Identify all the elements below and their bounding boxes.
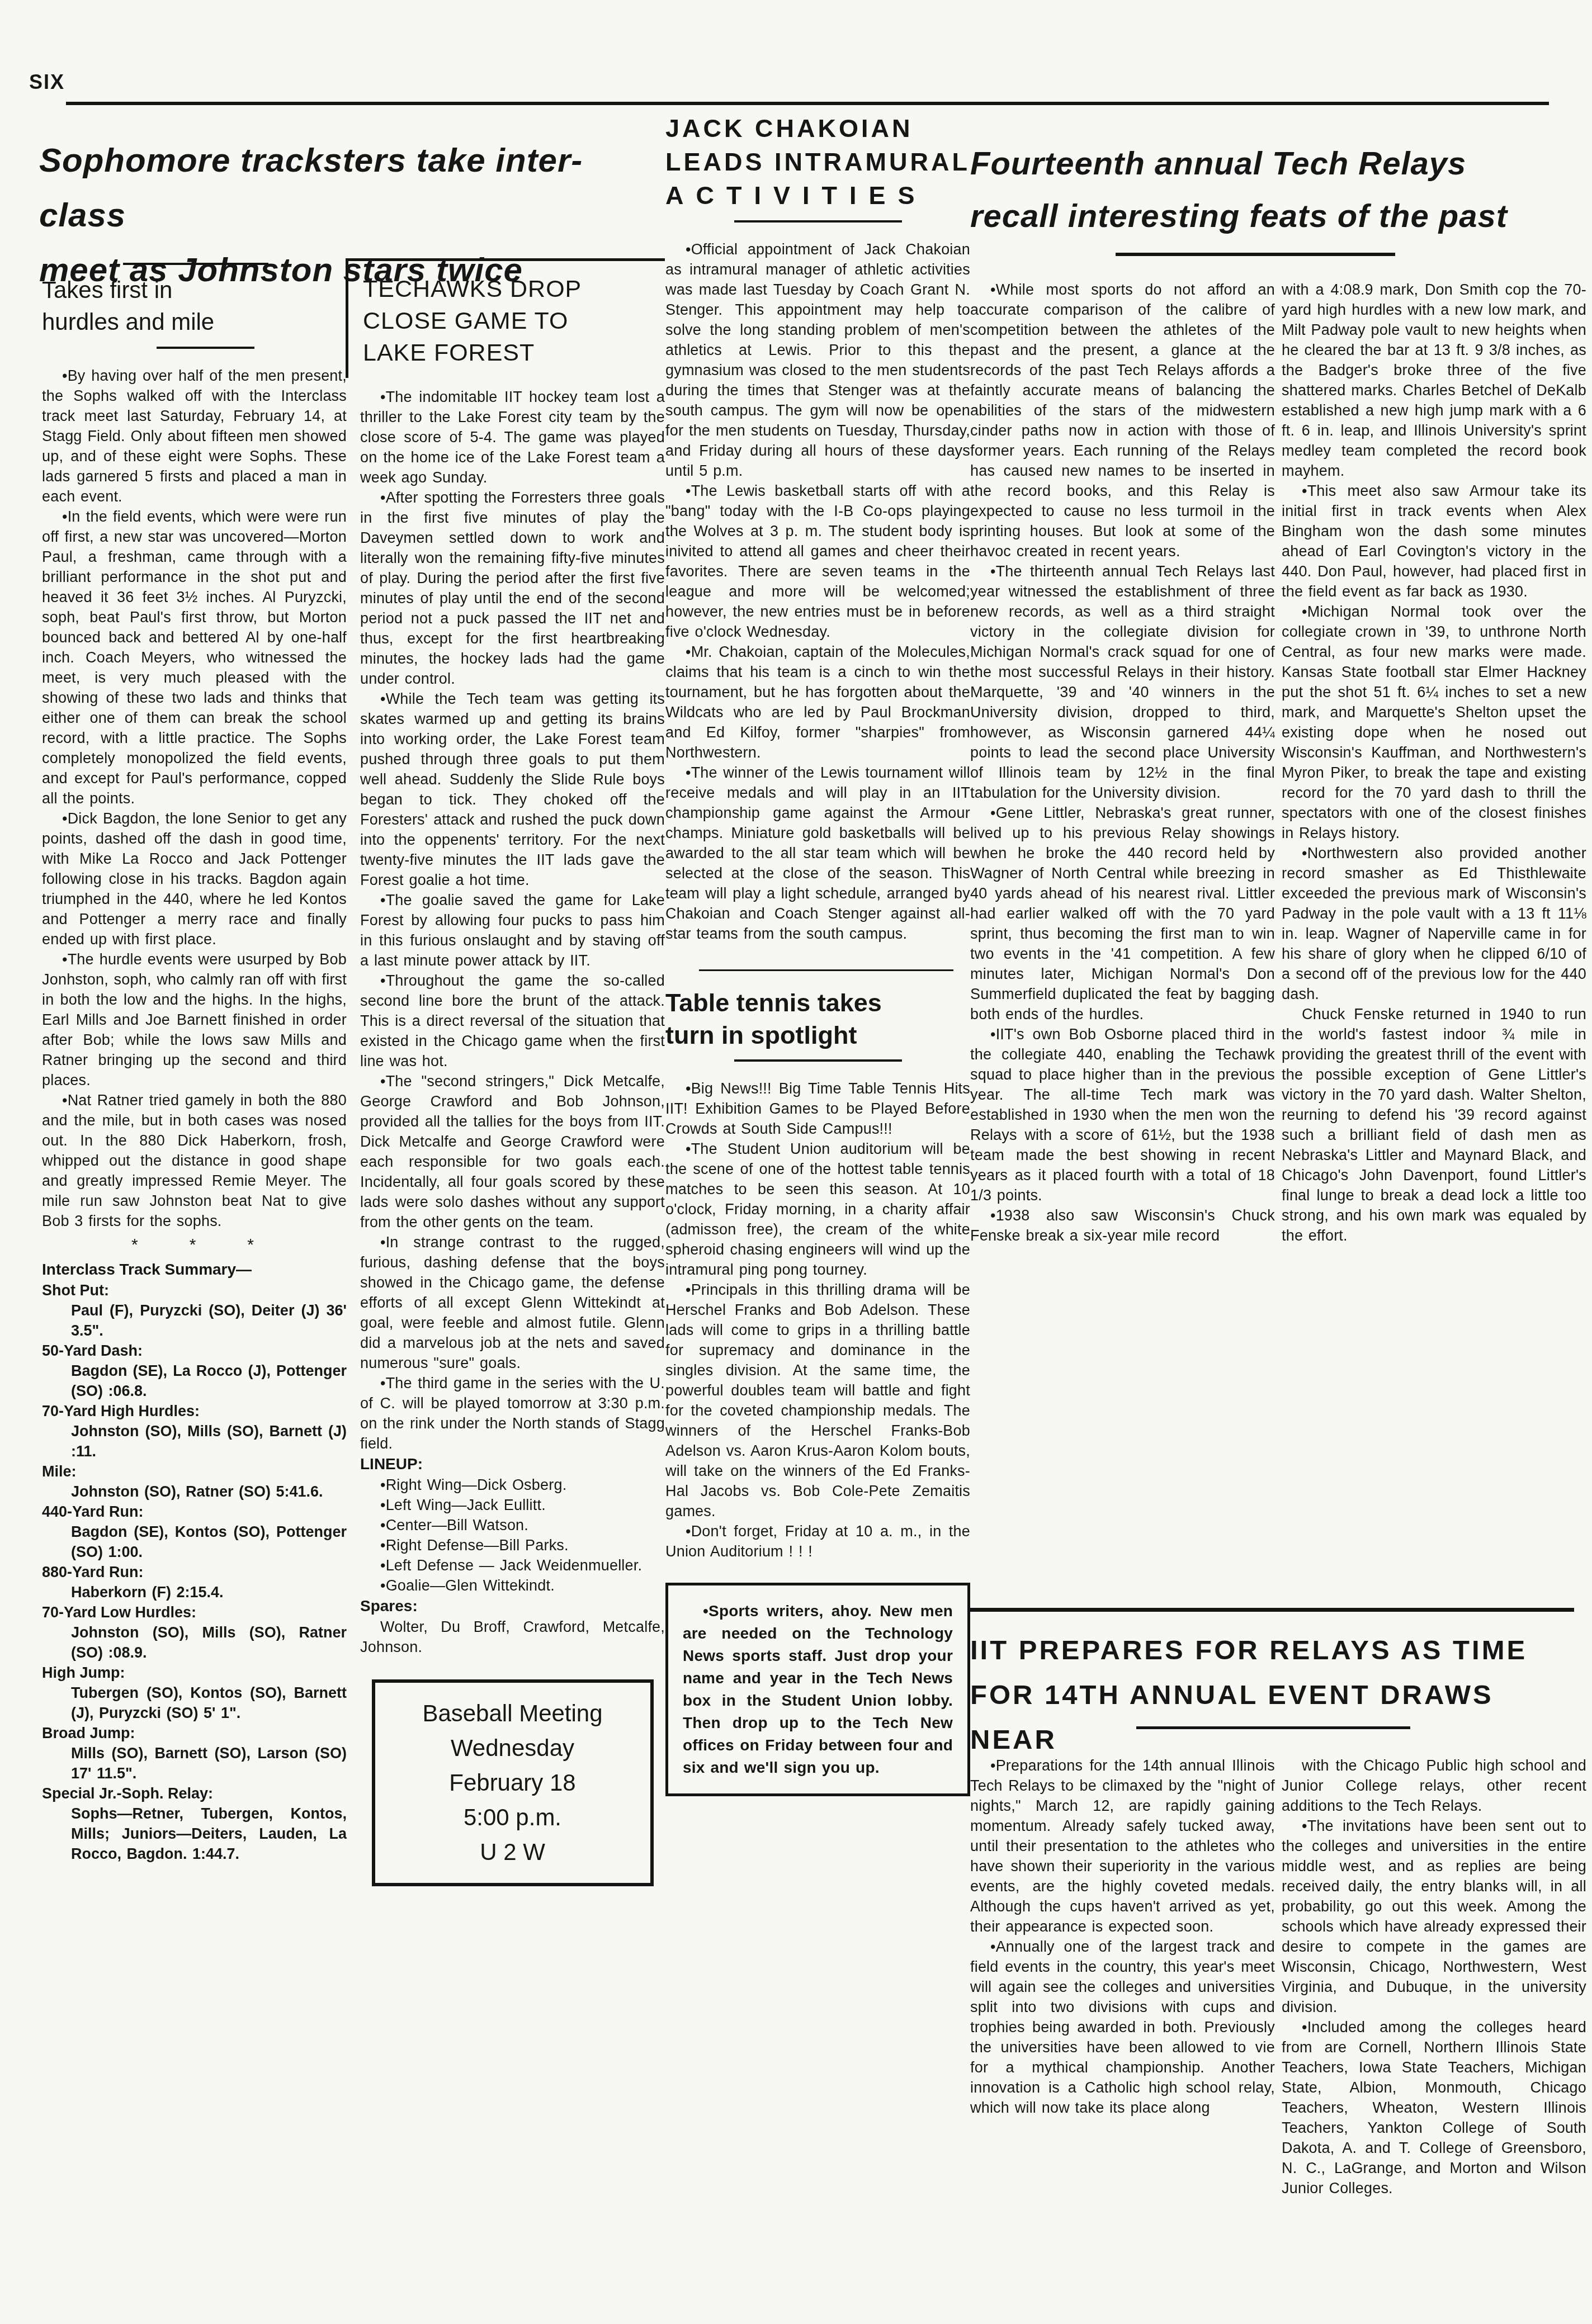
prepare-headline-line1: IIT PREPARES FOR RELAYS AS TIME <box>970 1628 1577 1673</box>
meeting-box-line: February 18 <box>379 1766 647 1800</box>
summary-result: Johnston (SO), Mills (SO), Ratner (SO) :… <box>42 1622 347 1663</box>
paragraph: •Michigan Normal took over the collegiat… <box>1282 602 1586 843</box>
top-rule <box>66 102 1549 105</box>
paragraph: •Principals in this thrilling drama will… <box>665 1280 970 1521</box>
summary-event: 70-Yard Low Hurdles: <box>42 1602 347 1622</box>
summary-entry: Broad Jump:Mills (SO), Barnett (SO), Lar… <box>42 1723 347 1783</box>
summary-entry: Shot Put:Paul (F), Puryzcki (SO), Deiter… <box>42 1280 347 1341</box>
paragraph: •The Lewis basketball starts off with a … <box>665 481 970 642</box>
paragraph: •Northwestern also provided another reco… <box>1282 843 1586 1004</box>
paragraph: •While most sports do not afford an accu… <box>970 280 1275 561</box>
lineup-entry: •Left Defense — Jack Weidenmueller. <box>360 1555 665 1575</box>
lead-article-body: •By having over half of the men present,… <box>42 366 347 1231</box>
summary-result: Paul (F), Puryzcki (SO), Deiter (J) 36' … <box>42 1300 347 1341</box>
intramural-article-body: •Official appointment of Jack Chakoian a… <box>665 239 970 944</box>
lead-headline-line1: Sophomore tracksters take inter-class <box>39 133 660 243</box>
lineup-title: LINEUP: <box>360 1454 665 1475</box>
column-prepare-left: •Preparations for the 14th annual Illino… <box>970 1755 1275 2118</box>
prepare-headline-rule <box>1136 1726 1410 1729</box>
summary-result: Mills (SO), Barnett (SO), Larson (SO) 17… <box>42 1743 347 1783</box>
paragraph: •The thirteenth annual Tech Relays last … <box>970 561 1275 803</box>
summary-result: Johnston (SO), Ratner (SO) 5:41.6. <box>42 1482 347 1502</box>
subhead-rule-bottom <box>157 347 254 349</box>
lineup-entry: •Goalie—Glen Wittekindt. <box>360 1575 665 1596</box>
track-summary-list: Shot Put:Paul (F), Puryzcki (SO), Deiter… <box>42 1280 347 1864</box>
lineup-list: •Right Wing—Dick Osberg.•Left Wing—Jack … <box>360 1475 665 1596</box>
prepare-left-body: •Preparations for the 14th annual Illino… <box>970 1755 1275 2118</box>
track-summary-title: Interclass Track Summary— <box>42 1259 347 1280</box>
summary-event: Broad Jump: <box>42 1723 347 1743</box>
sports-writers-text: •Sports writers, ahoy. New men are neede… <box>683 1600 953 1779</box>
paragraph: •The goalie saved the game for Lake Fore… <box>360 890 665 971</box>
paragraph: •The winner of the Lewis tournament will… <box>665 763 970 944</box>
summary-result: Bagdon (SE), La Rocco (J), Pottenger (SO… <box>42 1361 347 1401</box>
paragraph: Chuck Fenske returned in 1940 to run the… <box>1282 1004 1586 1246</box>
summary-event: 880-Yard Run: <box>42 1562 347 1582</box>
paragraph: •The "second stringers," Dick Metcalfe, … <box>360 1071 665 1232</box>
summary-event: High Jump: <box>42 1663 347 1683</box>
page-number: SIX <box>29 70 65 94</box>
paragraph: •In strange contrast to the rugged, furi… <box>360 1232 665 1373</box>
summary-entry: High Jump:Tubergen (SO), Kontos (SO), Ba… <box>42 1663 347 1723</box>
table-tennis-headline-line1: Table tennis takes <box>665 987 970 1019</box>
prepare-headline: IIT PREPARES FOR RELAYS AS TIME FOR 14TH… <box>970 1628 1577 1762</box>
table-tennis-headline: Table tennis takes turn in spotlight <box>665 987 970 1052</box>
lead-subhead-line1: Takes first in <box>42 274 347 306</box>
sports-writers-box: •Sports writers, ahoy. New men are neede… <box>665 1583 970 1796</box>
prepare-section-rule <box>970 1608 1574 1612</box>
table-tennis-headline-line2: turn in spotlight <box>665 1019 970 1052</box>
paragraph: •By having over half of the men present,… <box>42 366 347 507</box>
paragraph: •The hurdle events were usurped by Bob J… <box>42 949 347 1090</box>
summary-result: Haberkorn (F) 2:15.4. <box>42 1582 347 1602</box>
paragraph: •The invitations have been sent out to t… <box>1282 1816 1586 2017</box>
hockey-headline-line2: CLOSE GAME TO <box>363 305 665 337</box>
hockey-headline-line1: TECHAWKS DROP <box>363 273 665 305</box>
lineup-entry: •Left Wing—Jack Eullitt. <box>360 1495 665 1515</box>
paragraph: •This meet also saw Armour take its init… <box>1282 481 1586 602</box>
summary-event: Special Jr.-Soph. Relay: <box>42 1783 347 1804</box>
paragraph: •Dick Bagdon, the lone Senior to get any… <box>42 808 347 949</box>
relays-left-body: •While most sports do not afford an accu… <box>970 280 1275 1246</box>
section-separator-stars: * * * <box>42 1236 347 1255</box>
meeting-box-line: 5:00 p.m. <box>379 1800 647 1835</box>
paragraph: •Preparations for the 14th annual Illino… <box>970 1755 1275 1937</box>
intramural-headline-line2: LEADS INTRAMURAL <box>665 145 970 179</box>
paragraph: •Official appointment of Jack Chakoian a… <box>665 239 970 481</box>
summary-entry: Special Jr.-Soph. Relay:Sophs—Retner, Tu… <box>42 1783 347 1864</box>
column-track-article: Takes first in hurdles and mile •By havi… <box>42 263 347 1864</box>
column-intramural-article: JACK CHAKOIAN LEADS INTRAMURAL ACTIVITIE… <box>665 112 970 1796</box>
relays-headline-rule <box>1116 253 1395 256</box>
lead-subhead: Takes first in hurdles and mile <box>42 274 347 338</box>
hockey-article-body: •The indomitable IIT hockey team lost a … <box>360 387 665 1454</box>
paragraph: with the Chicago Public high school and … <box>1282 1755 1586 1816</box>
meeting-box-line: U 2 W <box>379 1835 647 1869</box>
prepare-headline-line2: FOR 14TH ANNUAL EVENT DRAWS NEAR <box>970 1673 1577 1762</box>
summary-event: 50-Yard Dash: <box>42 1341 347 1361</box>
hockey-headline-line3: LAKE FOREST <box>363 337 665 369</box>
baseball-meeting-box: Baseball MeetingWednesdayFebruary 185:00… <box>372 1679 654 1886</box>
summary-result: Tubergen (SO), Kontos (SO), Barnett (J),… <box>42 1683 347 1723</box>
table-tennis-article-body: •Big News!!! Big Time Table Tennis Hits … <box>665 1078 970 1561</box>
paragraph: •Gene Littler, Nebraska's great runner, … <box>970 803 1275 1024</box>
summary-event: Mile: <box>42 1461 347 1482</box>
table-tennis-headline-rule <box>734 1059 902 1062</box>
summary-entry: 440-Yard Run:Bagdon (SE), Kontos (SO), P… <box>42 1502 347 1562</box>
paragraph: •Mr. Chakoian, captain of the Molecules,… <box>665 642 970 763</box>
relays-headline: Fourteenth annual Tech Relays recall int… <box>970 138 1577 243</box>
subhead-rule-top <box>123 263 268 265</box>
column-hockey-article: TECHAWKS DROP CLOSE GAME TO LAKE FOREST … <box>360 258 665 1886</box>
paragraph: •Big News!!! Big Time Table Tennis Hits … <box>665 1078 970 1139</box>
summary-entry: Mile:Johnston (SO), Ratner (SO) 5:41.6. <box>42 1461 347 1502</box>
intramural-headline: JACK CHAKOIAN LEADS INTRAMURAL ACTIVITIE… <box>665 112 970 212</box>
paragraph: •After spotting the Forresters three goa… <box>360 487 665 689</box>
paragraph: •IIT's own Bob Osborne placed third in t… <box>970 1024 1275 1205</box>
summary-entry: 50-Yard Dash:Bagdon (SE), La Rocco (J), … <box>42 1341 347 1401</box>
spares-names: Wolter, Du Broff, Crawford, Metcalfe, Jo… <box>360 1617 665 1657</box>
paragraph: •The Student Union auditorium will be th… <box>665 1139 970 1280</box>
intramural-headline-line1: JACK CHAKOIAN <box>665 112 970 145</box>
intramural-headline-line3: ACTIVITIES <box>665 179 970 212</box>
meeting-box-line: Wednesday <box>379 1731 647 1766</box>
meeting-box-line: Baseball Meeting <box>379 1696 647 1731</box>
paragraph: •Annually one of the largest track and f… <box>970 1937 1275 2118</box>
column-relays-left: •While most sports do not afford an accu… <box>970 280 1275 1246</box>
relays-headline-line1: Fourteenth annual Tech Relays <box>970 138 1577 190</box>
relays-right-body: with a 4:08.9 mark, Don Smith cop the 70… <box>1282 280 1586 1246</box>
lineup-entry: •Right Wing—Dick Osberg. <box>360 1475 665 1495</box>
summary-event: Shot Put: <box>42 1280 347 1300</box>
summary-result: Sophs—Retner, Tubergen, Kontos, Mills; J… <box>42 1804 347 1864</box>
paragraph: •The third game in the series with the U… <box>360 1373 665 1454</box>
paragraph: •The indomitable IIT hockey team lost a … <box>360 387 665 487</box>
summary-result: Bagdon (SE), Kontos (SO), Pottenger (SO)… <box>42 1522 347 1562</box>
lead-subhead-line2: hurdles and mile <box>42 306 347 338</box>
summary-entry: 70-Yard High Hurdles:Johnston (SO), Mill… <box>42 1401 347 1461</box>
summary-entry: 70-Yard Low Hurdles:Johnston (SO), Mills… <box>42 1602 347 1663</box>
hockey-headline: TECHAWKS DROP CLOSE GAME TO LAKE FOREST <box>346 258 665 378</box>
summary-result: Johnston (SO), Mills (SO), Barnett (J) :… <box>42 1421 347 1461</box>
relays-headline-line2: recall interesting feats of the past <box>970 190 1577 243</box>
lineup-entry: •Center—Bill Watson. <box>360 1515 665 1535</box>
paragraph: •Nat Ratner tried gamely in both the 880… <box>42 1090 347 1231</box>
spares-title: Spares: <box>360 1596 665 1617</box>
lineup-entry: •Right Defense—Bill Parks. <box>360 1535 665 1555</box>
paragraph: •1938 also saw Wisconsin's Chuck Fenske … <box>970 1205 1275 1246</box>
summary-event: 70-Yard High Hurdles: <box>42 1401 347 1421</box>
column-prepare-right: with the Chicago Public high school and … <box>1282 1755 1586 2198</box>
prepare-right-body: with the Chicago Public high school and … <box>1282 1755 1586 2198</box>
table-tennis-top-rule <box>699 969 953 971</box>
paragraph: •Don't forget, Friday at 10 a. m., in th… <box>665 1521 970 1561</box>
paragraph: •Included among the colleges heard from … <box>1282 2017 1586 2198</box>
summary-entry: 880-Yard Run:Haberkorn (F) 2:15.4. <box>42 1562 347 1602</box>
column-relays-right: with a 4:08.9 mark, Don Smith cop the 70… <box>1282 280 1586 1246</box>
paragraph: •While the Tech team was getting its ska… <box>360 689 665 890</box>
intramural-headline-rule <box>734 220 902 223</box>
paragraph: •In the field events, which were were ru… <box>42 507 347 808</box>
summary-event: 440-Yard Run: <box>42 1502 347 1522</box>
paragraph: •Throughout the game the so-called secon… <box>360 971 665 1071</box>
paragraph: with a 4:08.9 mark, Don Smith cop the 70… <box>1282 280 1586 481</box>
